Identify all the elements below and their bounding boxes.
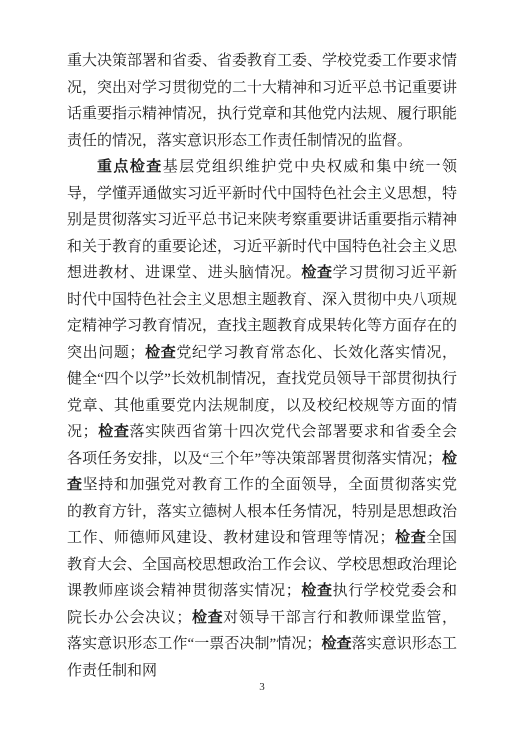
body-text: 重大决策部署和省委、省委教育工委、学校党委工作要求情况，突出对学习贯彻党的二十大… (67, 53, 457, 149)
paragraph: 重点检查基层党组织维护党中央权威和集中统一领导，学懂弄通做实习近平新时代中国特色… (67, 154, 457, 684)
emphasis-text: 检查 (301, 265, 332, 281)
emphasis-text: 检查 (98, 424, 130, 440)
emphasis-text: 检查 (394, 530, 426, 546)
document-page: 重大决策部署和省委、省委教育工委、学校党委工作要求情况，突出对学习贯彻党的二十大… (0, 0, 524, 731)
emphasis-text: 重点检查 (97, 159, 163, 175)
emphasis-text: 检查 (191, 610, 223, 626)
emphasis-text: 检查 (145, 345, 177, 361)
page-number: 3 (0, 681, 524, 693)
emphasis-text: 检查 (301, 583, 333, 599)
body-text: 基层党组织维护党中央权威和集中统一领导，学懂弄通做实习近平新时代中国特色社会主义… (67, 159, 457, 281)
paragraph: 重大决策部署和省委、省委教育工委、学校党委工作要求情况，突出对学习贯彻党的二十大… (67, 48, 457, 154)
document-body: 重大决策部署和省委、省委教育工委、学校党委工作要求情况，突出对学习贯彻党的二十大… (67, 48, 457, 684)
emphasis-text: 检查 (321, 636, 351, 652)
